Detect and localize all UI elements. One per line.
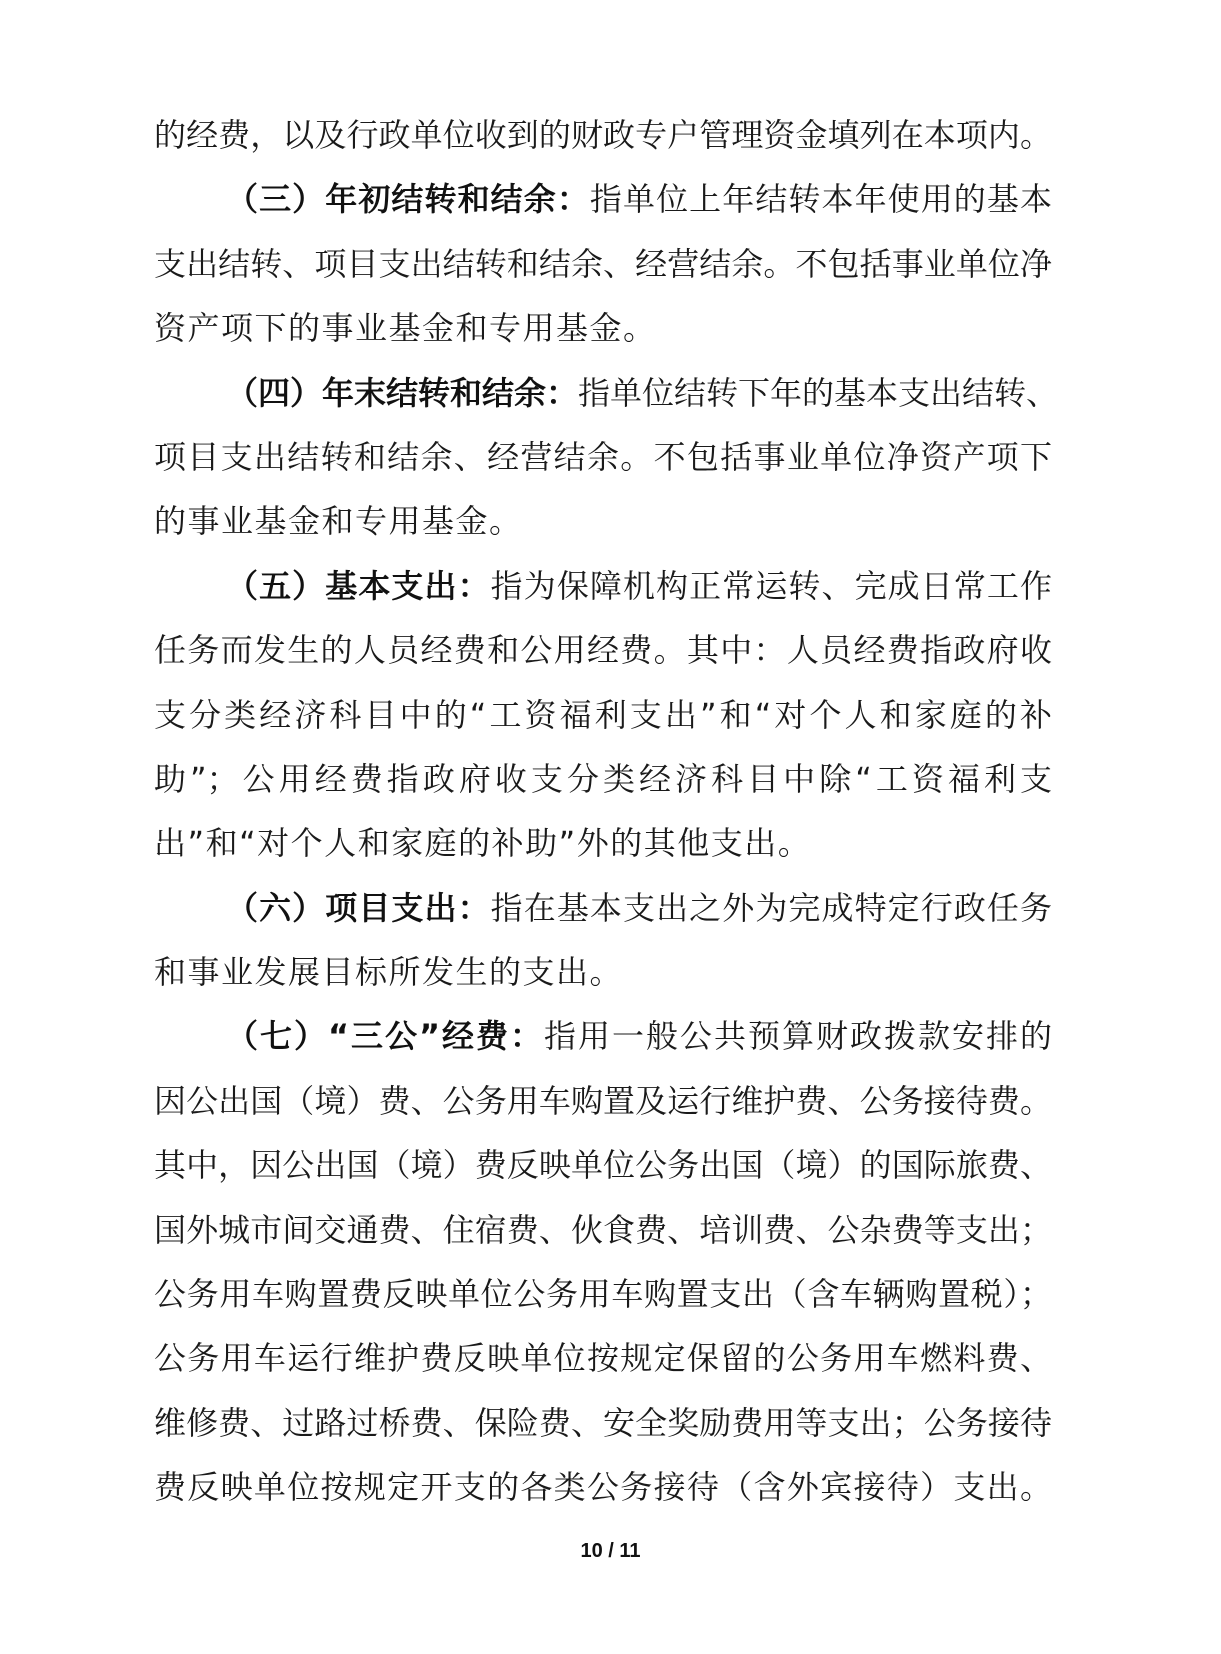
line-text: 维修费、过路过桥费、保险费、安全奖励费用等支出；公务接待 xyxy=(154,1404,1052,1442)
paragraph-line: 资产项下的事业基金和专用基金。 xyxy=(154,303,1052,367)
line-text: 其中，因公出国（境）费反映单位公务出国（境）的国际旅费、 xyxy=(154,1146,1052,1184)
line-text: 项目支出结转和结余、经营结余。不包括事业单位净资产项下 xyxy=(154,438,1052,476)
section-heading: （五）基本支出： xyxy=(226,567,491,605)
line-text: 出”和“对个人和家庭的补助”外的其他支出。 xyxy=(154,824,811,862)
line-text: 支出结转、项目支出结转和结余、经营结余。不包括事业单位净 xyxy=(154,245,1052,283)
paragraph-line: 公务用车运行维护费反映单位按规定保留的公务用车燃料费、 xyxy=(154,1333,1052,1397)
section-heading: （四）年末结转和结余： xyxy=(226,374,578,412)
section-heading: （七）“三公”经费： xyxy=(226,1017,544,1055)
document-page: 的经费，以及行政单位收到的财政专户管理资金填列在本项内。（三）年初结转和结余：指… xyxy=(0,0,1221,1654)
section-heading-line: （五）基本支出：指为保障机构正常运转、完成日常工作 xyxy=(154,561,1052,625)
paragraph-line: 的经费，以及行政单位收到的财政专户管理资金填列在本项内。 xyxy=(154,110,1052,174)
section-heading-line: （三）年初结转和结余：指单位上年结转本年使用的基本 xyxy=(154,174,1052,238)
paragraph-line: 国外城市间交通费、住宿费、伙食费、培训费、公杂费等支出； xyxy=(154,1205,1052,1269)
paragraph-line: 出”和“对个人和家庭的补助”外的其他支出。 xyxy=(154,818,1052,882)
paragraph-line: 因公出国（境）费、公务用车购置及运行维护费、公务接待费。 xyxy=(154,1076,1052,1140)
line-text: 指单位结转下年的基本支出结转、 xyxy=(578,374,1058,412)
paragraph-line: 和事业发展目标所发生的支出。 xyxy=(154,947,1052,1011)
line-text: 的事业基金和专用基金。 xyxy=(154,502,523,540)
line-text: 和事业发展目标所发生的支出。 xyxy=(154,953,623,991)
line-text: 公务用车购置费反映单位公务用车购置支出（含车辆购置税）； xyxy=(154,1275,1052,1313)
paragraph-line: 支分类经济科目中的“工资福利支出”和“对个人和家庭的补 xyxy=(154,690,1052,754)
line-text: 任务而发生的人员经费和公用经费。其中：人员经费指政府收 xyxy=(154,631,1052,669)
section-heading-line: （六）项目支出：指在基本支出之外为完成特定行政任务 xyxy=(154,883,1052,947)
document-body: 的经费，以及行政单位收到的财政专户管理资金填列在本项内。（三）年初结转和结余：指… xyxy=(154,110,1052,1527)
paragraph-line: 费反映单位按规定开支的各类公务接待（含外宾接待）支出。 xyxy=(154,1462,1052,1526)
paragraph-line: 支出结转、项目支出结转和结余、经营结余。不包括事业单位净 xyxy=(154,239,1052,303)
paragraph-line: 任务而发生的人员经费和公用经费。其中：人员经费指政府收 xyxy=(154,625,1052,689)
page-number: 10 / 11 xyxy=(0,1540,1221,1563)
section-heading-line: （七）“三公”经费：指用一般公共预算财政拨款安排的 xyxy=(154,1011,1052,1075)
line-text: 因公出国（境）费、公务用车购置及运行维护费、公务接待费。 xyxy=(154,1082,1052,1120)
line-text: 指用一般公共预算财政拨款安排的 xyxy=(544,1017,1052,1055)
paragraph-line: 项目支出结转和结余、经营结余。不包括事业单位净资产项下 xyxy=(154,432,1052,496)
line-text: 指单位上年结转本年使用的基本 xyxy=(590,180,1052,218)
section-heading-line: （四）年末结转和结余：指单位结转下年的基本支出结转、 xyxy=(154,368,1052,432)
paragraph-line: 的事业基金和专用基金。 xyxy=(154,496,1052,560)
paragraph-line: 公务用车购置费反映单位公务用车购置支出（含车辆购置税）； xyxy=(154,1269,1052,1333)
section-heading: （六）项目支出： xyxy=(226,889,491,927)
paragraph-line: 其中，因公出国（境）费反映单位公务出国（境）的国际旅费、 xyxy=(154,1140,1052,1204)
paragraph-line: 维修费、过路过桥费、保险费、安全奖励费用等支出；公务接待 xyxy=(154,1398,1052,1462)
line-text: 资产项下的事业基金和专用基金。 xyxy=(154,309,657,347)
line-text: 费反映单位按规定开支的各类公务接待（含外宾接待）支出。 xyxy=(154,1468,1052,1506)
line-text: 公务用车运行维护费反映单位按规定保留的公务用车燃料费、 xyxy=(154,1339,1052,1377)
line-text: 指在基本支出之外为完成特定行政任务 xyxy=(491,889,1052,927)
line-text: 指为保障机构正常运转、完成日常工作 xyxy=(491,567,1052,605)
section-heading: （三）年初结转和结余： xyxy=(226,180,590,218)
paragraph-line: 助”；公用经费指政府收支分类经济科目中除“工资福利支 xyxy=(154,754,1052,818)
line-text: 国外城市间交通费、住宿费、伙食费、培训费、公杂费等支出； xyxy=(154,1211,1052,1249)
line-text: 助”；公用经费指政府收支分类经济科目中除“工资福利支 xyxy=(154,760,1052,798)
line-text: 支分类经济科目中的“工资福利支出”和“对个人和家庭的补 xyxy=(154,696,1052,734)
line-text: 的经费，以及行政单位收到的财政专户管理资金填列在本项内。 xyxy=(154,116,1052,154)
